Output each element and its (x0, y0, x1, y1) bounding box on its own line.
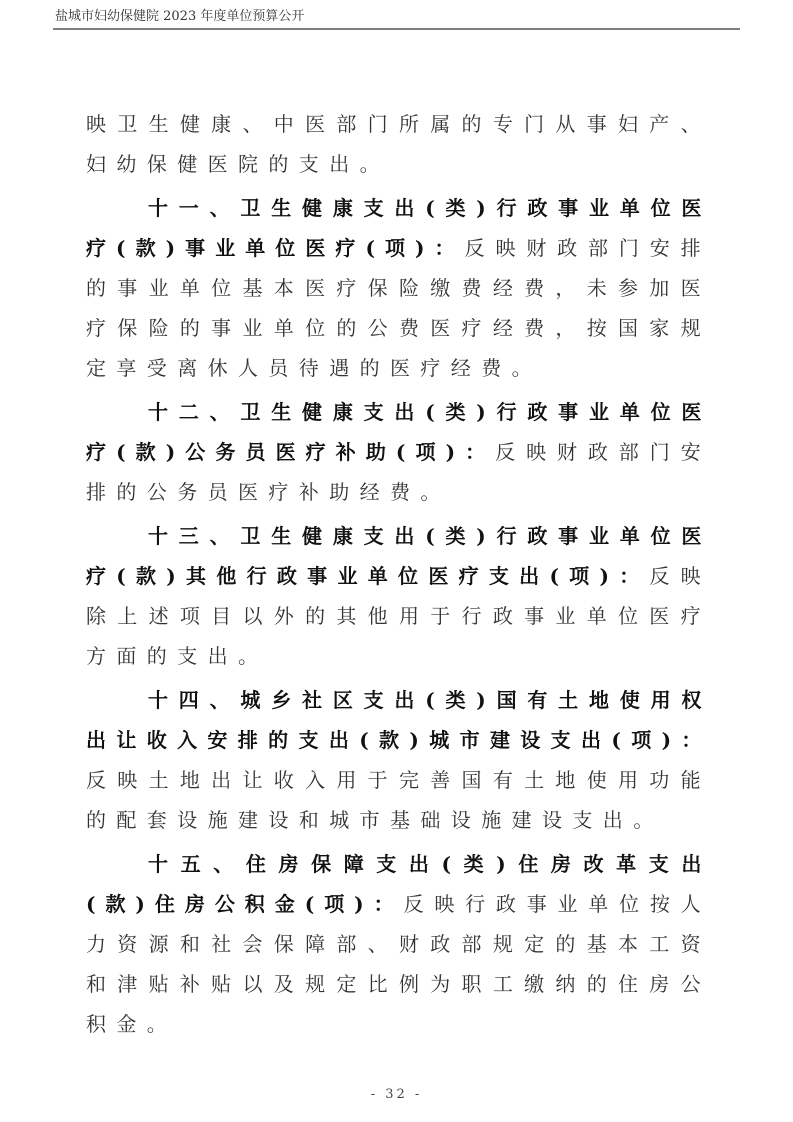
paragraph-item-14: 十四、城乡社区支出(类)国有土地使用权出让收入安排的支出(款)城市建设支出(项)… (86, 680, 711, 840)
document-body: 映卫生健康、中医部门所属的专门从事妇产、妇幼保健医院的支出。 十一、卫生健康支出… (86, 104, 711, 1048)
item-text: 反映土地出让收入用于完善国有土地使用功能的配套设施建设和城市基础设施建设支出。 (86, 768, 711, 832)
paragraph-item-12: 十二、卫生健康支出(类)行政事业单位医疗(款)公务员医疗补助(项)：反映财政部门… (86, 392, 711, 512)
paragraph-item-13: 十三、卫生健康支出(类)行政事业单位医疗(款)其他行政事业单位医疗支出(项)：反… (86, 516, 711, 676)
header-divider (53, 28, 740, 30)
paragraph-continuation: 映卫生健康、中医部门所属的专门从事妇产、妇幼保健医院的支出。 (86, 104, 711, 184)
document-title: 盐城市妇幼保健院 2023 年度单位预算公开 (53, 8, 740, 26)
item-heading: 十三、卫生健康支出(类)行政事业单位医疗(款)其他行政事业单位医疗支出(项)： (86, 524, 711, 588)
item-heading: 十四、城乡社区支出(类)国有土地使用权出让收入安排的支出(款)城市建设支出(项)… (86, 688, 711, 752)
paragraph-item-11: 十一、卫生健康支出(类)行政事业单位医疗(款)事业单位医疗(项)：反映财政部门安… (86, 188, 711, 388)
paragraph-item-15: 十五、住房保障支出(类)住房改革支出(款)住房公积金(项)：反映行政事业单位按人… (86, 844, 711, 1044)
page-number: - 32 - (0, 1087, 793, 1102)
page-header: 盐城市妇幼保健院 2023 年度单位预算公开 (53, 8, 740, 30)
paragraph-text: 映卫生健康、中医部门所属的专门从事妇产、妇幼保健医院的支出。 (86, 112, 711, 176)
